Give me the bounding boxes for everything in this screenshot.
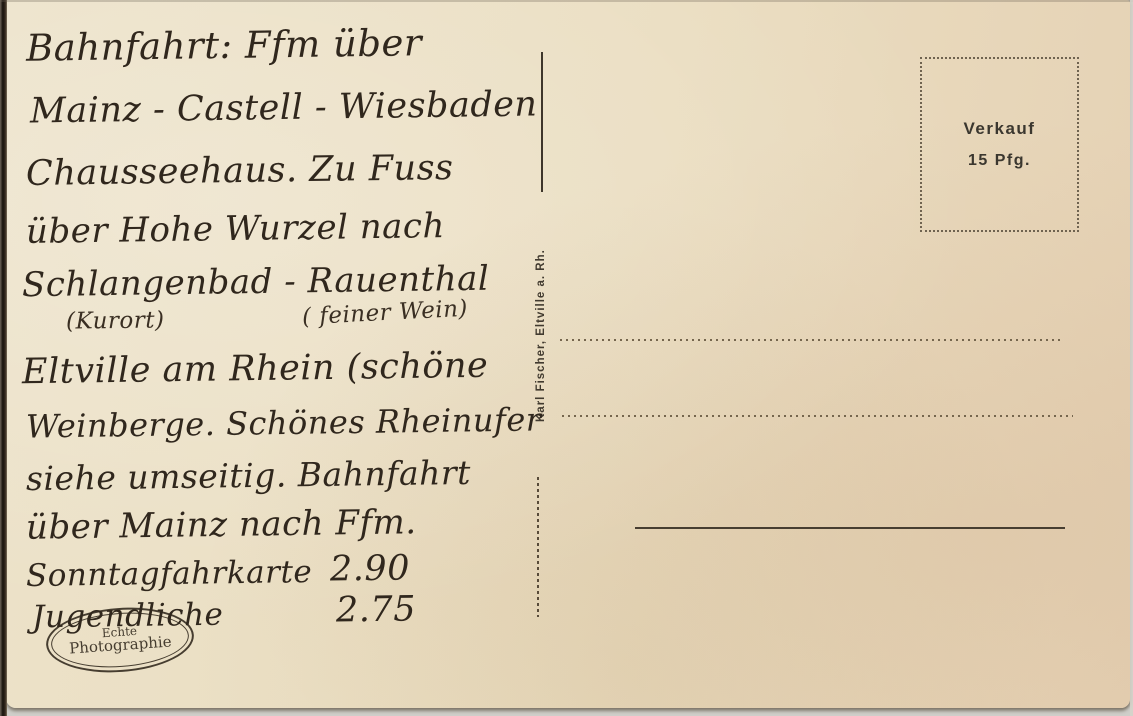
handwriting-line: über Hohe Wurzel nach [26, 206, 445, 252]
handwriting-line: Chausseehaus. Zu Fuss [26, 148, 454, 194]
divider-line-top [541, 52, 543, 192]
handwriting-line: Weinberge. Schönes Rheinufer [26, 400, 542, 445]
postcard-scan: Bahnfahrt: Ffm über Mainz - Castell - Wi… [0, 0, 1133, 716]
handwriting-line: siehe umseitig. Bahnfahrt [26, 453, 471, 498]
scan-edge-top [0, 0, 1133, 2]
photo-stamp-line: Photographie [69, 635, 172, 658]
address-line-dotted [560, 339, 1063, 341]
stamp-box-title: Verkauf [964, 119, 1036, 139]
divider-line-bottom [537, 477, 539, 617]
handwriting-line: über Mainz nach Ffm. [26, 502, 417, 547]
handwriting-price: 2.90 [330, 548, 410, 589]
handwriting-line: Mainz - Castell - Wiesbaden [30, 84, 538, 131]
handwriting-line: Bahnfahrt: Ffm über [26, 21, 423, 70]
stamp-box: Verkauf 15 Pfg. [920, 57, 1079, 232]
address-line-dotted [562, 415, 1073, 417]
handwriting-line: Sonntagfahrkarte [26, 554, 313, 594]
handwriting-annotation: (Kurort) [66, 307, 165, 334]
scan-edge-left [0, 0, 7, 716]
handwriting-price: 2.75 [336, 589, 416, 630]
stamp-box-price: 15 Pfg. [968, 152, 1031, 170]
handwriting-line: Eltville am Rhein (schöne [22, 346, 489, 393]
address-line-solid [635, 527, 1065, 529]
handwriting-line: Jugendliche [32, 597, 224, 636]
